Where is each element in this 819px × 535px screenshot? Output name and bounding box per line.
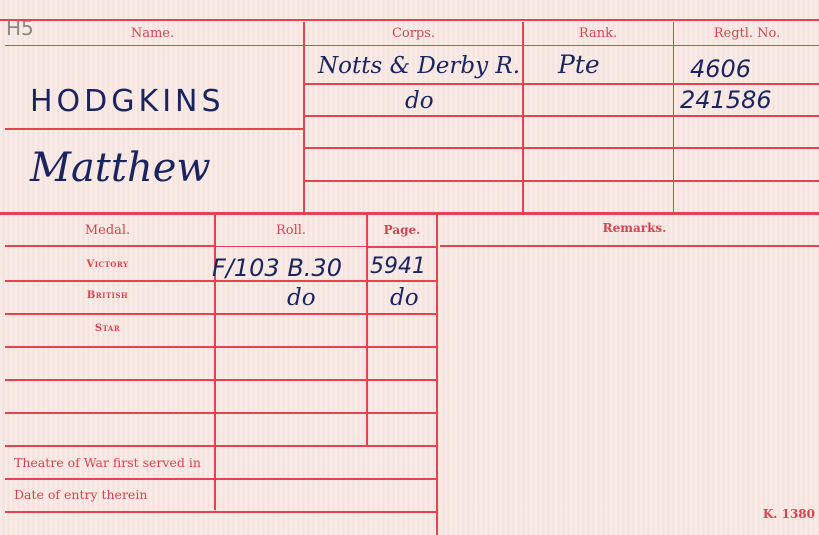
col-rule <box>522 22 524 213</box>
row-rule <box>5 511 437 513</box>
row-rule <box>305 115 819 117</box>
regtl-1: 4606 <box>690 55 751 83</box>
corps-header: Corps. <box>305 26 522 41</box>
row-rule <box>5 445 437 447</box>
rank-1: Pte <box>558 50 600 79</box>
forename: Matthew <box>30 145 211 191</box>
section-rule <box>0 212 819 215</box>
name-divider <box>5 128 305 130</box>
roll-header: Roll. <box>215 223 367 238</box>
form-number: K. 1380 <box>740 507 815 521</box>
row-rule <box>215 246 367 247</box>
theatre-label: Theatre of War first served in <box>14 455 201 470</box>
name-header: Name. <box>0 26 305 41</box>
col-rule <box>366 215 368 445</box>
row-rule <box>305 147 819 149</box>
rank-header: Rank. <box>523 26 673 41</box>
surname: HODGKINS <box>30 84 225 119</box>
row-rule <box>5 245 215 247</box>
medal-british: British <box>0 290 215 301</box>
row-rule <box>5 379 437 381</box>
corps-2: do <box>405 88 434 114</box>
medal-star: Star <box>0 323 215 334</box>
regtl-header: Regtl. No. <box>675 26 819 41</box>
row-rule <box>5 412 437 414</box>
col-rule <box>303 22 305 213</box>
roll-victory: F/103 B.30 <box>212 254 342 282</box>
medal-victory: Victory <box>0 259 215 270</box>
page-victory: 5941 <box>370 254 426 279</box>
page-british: do <box>390 285 419 311</box>
date-label: Date of entry therein <box>14 487 147 502</box>
medal-header: Medal. <box>0 223 215 238</box>
page-header: Page. <box>367 223 437 237</box>
remarks-header-rule <box>440 245 819 247</box>
roll-british: do <box>287 285 316 311</box>
header-rule <box>5 45 819 46</box>
row-rule <box>5 346 437 348</box>
regtl-2: 241586 <box>680 86 772 114</box>
col-rule <box>436 215 438 535</box>
col-rule <box>673 22 674 213</box>
row-rule <box>305 83 819 85</box>
row-rule <box>5 313 437 315</box>
row-rule <box>367 246 437 248</box>
top-rule <box>0 19 819 21</box>
row-rule <box>5 478 437 480</box>
corps-1: Notts & Derby R. <box>318 53 520 79</box>
row-rule <box>305 180 819 182</box>
remarks-header: Remarks. <box>437 221 819 235</box>
